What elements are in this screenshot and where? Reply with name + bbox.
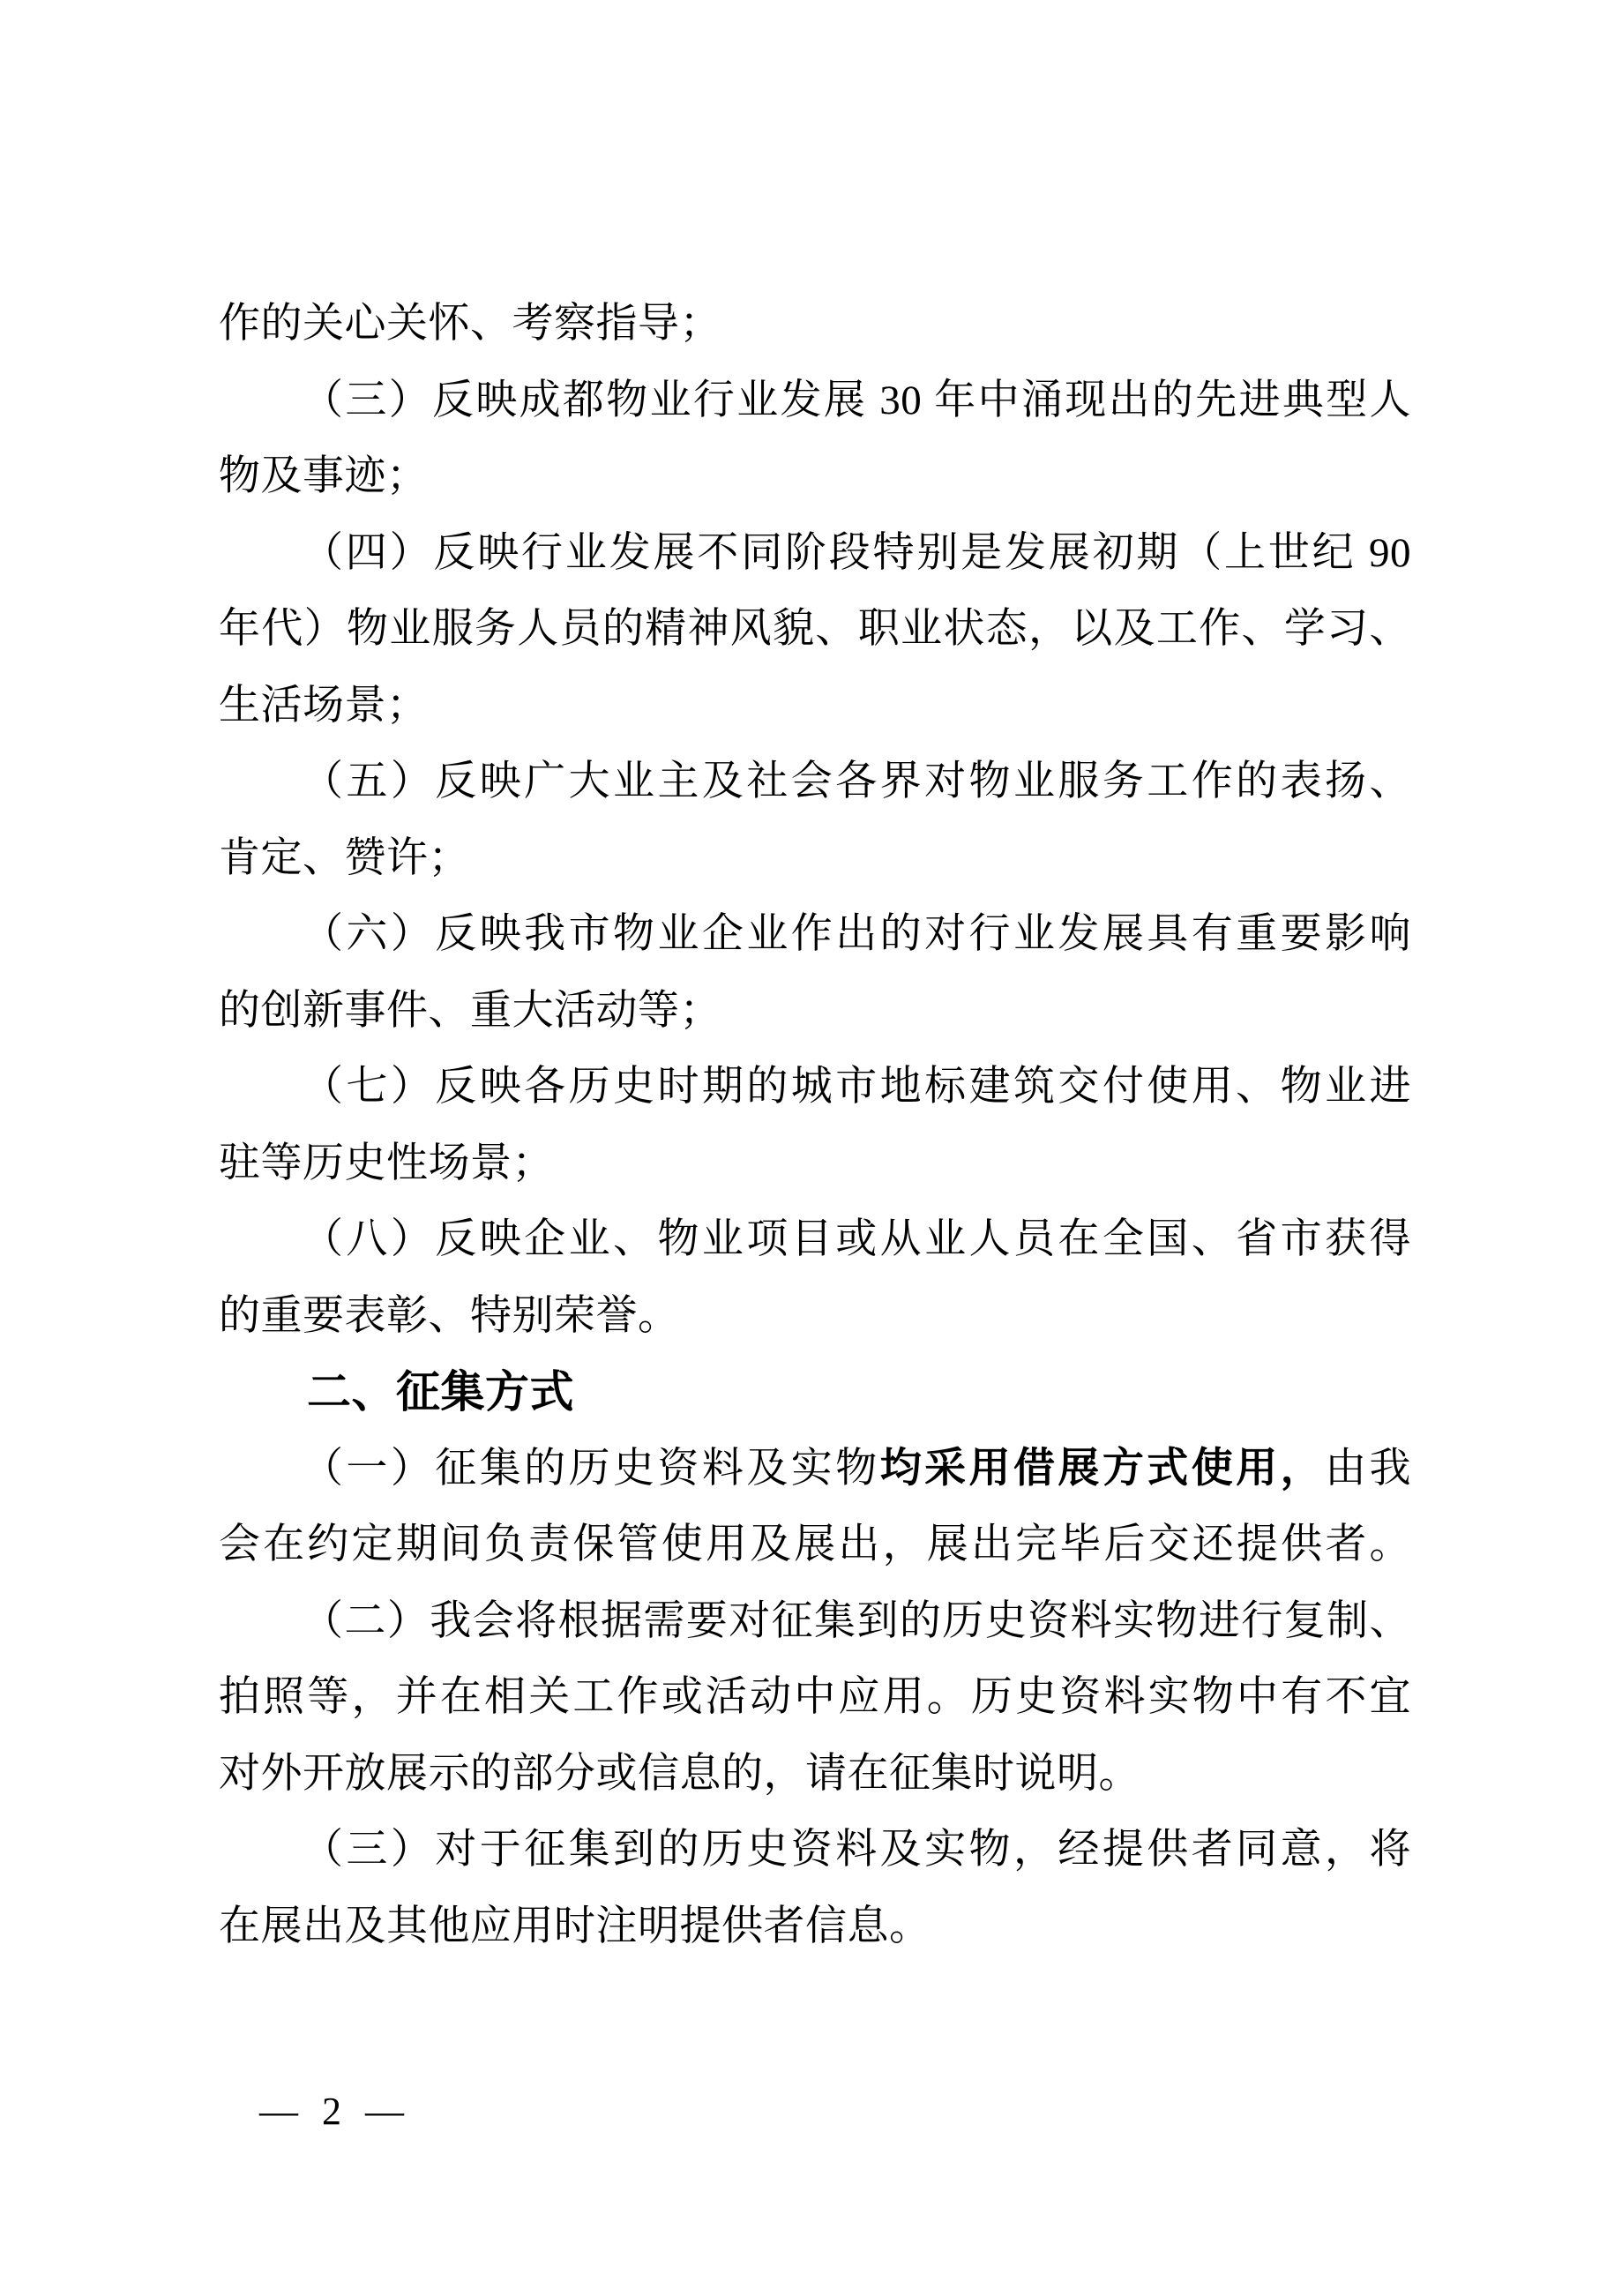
body-text-line: 作的关心关怀、考察指导； (219, 286, 1411, 363)
body-text-line: 物及事迹； (219, 438, 1411, 515)
page-number: — 2 — (259, 2089, 411, 2135)
text-run: （六）反映我市物业企业作出的对行业发展具有重要影响 (302, 911, 1411, 957)
body-text-line: （三）对于征集到的历史资料及实物，经提供者同意，将 (219, 1812, 1411, 1888)
text-run: 年代）物业服务人员的精神风貌、职业状态，以及工作、学习、 (219, 606, 1411, 652)
text-run: （八）反映企业、物业项目或从业人员在全国、省市获得 (302, 1216, 1411, 1262)
body-text-line: （五）反映广大业主及社会各界对物业服务工作的表扬、 (219, 744, 1411, 820)
body-text-line: 对外开放展示的部分或信息的，请在征集时说明。 (219, 1736, 1411, 1813)
section-heading: 二、征集方式 (219, 1354, 1411, 1431)
body-text-line: 的重要表彰、特别荣誉。 (219, 1278, 1411, 1355)
bold-emphasis-text: 均采用借展方式使用， (880, 1446, 1325, 1492)
text-run: （二）我会将根据需要对征集到的历史资料实物进行复制、 (302, 1598, 1411, 1644)
text-run: 物及事迹； (219, 453, 429, 499)
body-text-line: （一）征集的历史资料及实物均采用借展方式使用，由我 (219, 1431, 1411, 1507)
body-text-line: （七）反映各历史时期的城市地标建筑交付使用、物业进 (219, 1049, 1411, 1126)
body-text-line: 会在约定期间负责保管使用及展出，展出完毕后交还提供者。 (219, 1507, 1411, 1583)
document-body: 作的关心关怀、考察指导；（三）反映成都物业行业发展 30 年中涌现出的先进典型人… (219, 286, 1411, 1964)
body-text-line: （三）反映成都物业行业发展 30 年中涌现出的先进典型人 (219, 363, 1411, 439)
body-text-line: （二）我会将根据需要对征集到的历史资料实物进行复制、 (219, 1583, 1411, 1660)
body-text-line: （六）反映我市物业企业作出的对行业发展具有重要影响 (219, 896, 1411, 973)
text-run: 二、征集方式 (307, 1367, 574, 1417)
body-text-line: 拍照等，并在相关工作或活动中应用。历史资料实物中有不宜 (219, 1659, 1411, 1736)
body-text-line: （八）反映企业、物业项目或从业人员在全国、省市获得 (219, 1201, 1411, 1278)
text-run: 由我 (1325, 1446, 1411, 1492)
text-run: 的创新事件、重大活动等； (219, 988, 721, 1034)
body-text-line: 年代）物业服务人员的精神风貌、职业状态，以及工作、学习、 (219, 591, 1411, 668)
body-text-line: （四）反映行业发展不同阶段特别是发展初期（上世纪 90 (219, 515, 1411, 592)
body-text-line: 驻等历史性场景； (219, 1126, 1411, 1202)
text-run: 的重要表彰、特别荣誉。 (219, 1293, 680, 1339)
text-run: （五）反映广大业主及社会各界对物业服务工作的表扬、 (302, 759, 1411, 804)
body-text-line: 生活场景； (219, 668, 1411, 744)
text-run: 驻等历史性场景； (219, 1141, 554, 1186)
text-run: （四）反映行业发展不同阶段特别是发展初期（上世纪 90 (302, 530, 1411, 576)
document-page: 作的关心关怀、考察指导；（三）反映成都物业行业发展 30 年中涌现出的先进典型人… (0, 0, 1622, 2296)
text-run: 对外开放展示的部分或信息的，请在征集时说明。 (219, 1751, 1140, 1797)
text-run: 作的关心关怀、考察指导； (219, 301, 721, 347)
text-run: 在展出及其他应用时注明提供者信息。 (219, 1903, 931, 1949)
text-run: （七）反映各历史时期的城市地标建筑交付使用、物业进 (302, 1064, 1411, 1110)
text-run: 肯定、赞许； (219, 835, 470, 881)
text-run: 生活场景； (219, 683, 429, 729)
text-run: （一）征集的历史资料及实物 (302, 1446, 880, 1492)
text-run: 会在约定期间负责保管使用及展出，展出完毕后交还提供者。 (219, 1522, 1411, 1567)
text-run: 拍照等，并在相关工作或活动中应用。历史资料实物中有不宜 (219, 1674, 1411, 1720)
body-text-line: 在展出及其他应用时注明提供者信息。 (219, 1888, 1411, 1965)
text-run: （三）反映成都物业行业发展 30 年中涌现出的先进典型人 (302, 378, 1411, 423)
body-text-line: 的创新事件、重大活动等； (219, 973, 1411, 1050)
body-text-line: 肯定、赞许； (219, 820, 1411, 897)
text-run: （三）对于征集到的历史资料及实物，经提供者同意，将 (302, 1827, 1411, 1873)
